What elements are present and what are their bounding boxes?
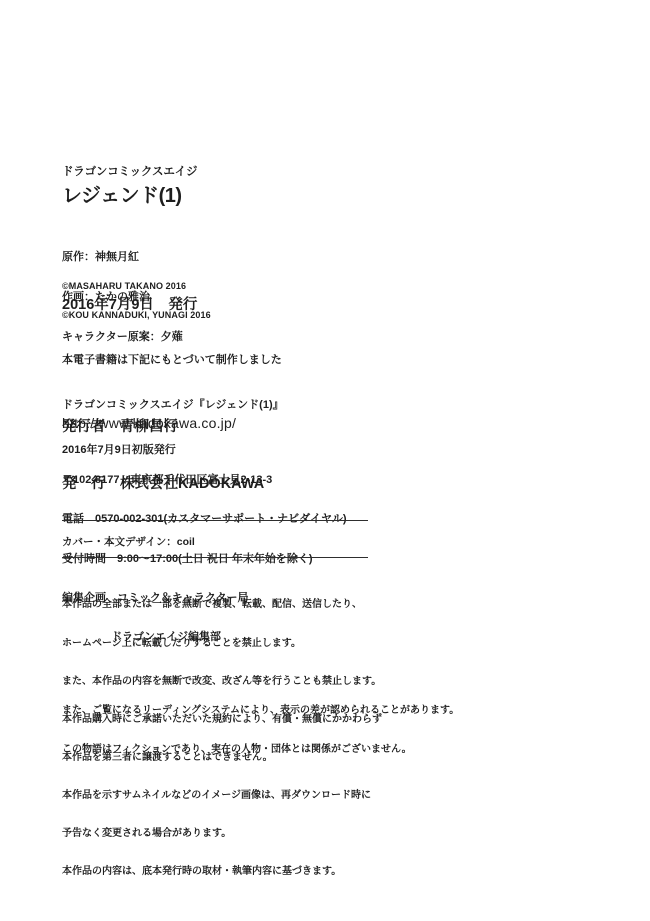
colophon-page: ドラゴンコミックスエイジ レジェンド(1) 原作：神無月紅 作画：たかの雅治 キ… bbox=[0, 0, 650, 921]
series-label: ドラゴンコミックスエイジ bbox=[62, 163, 197, 179]
legal-notice-line: 本作品を示すサムネイルなどのイメージ画像は、再ダウンロード時に bbox=[62, 790, 382, 803]
postal-address: 〒102-8177 東京都千代田区富士見2-13-3 bbox=[62, 474, 347, 487]
legal-notice-line: ホームページ上に転載したりすることを禁止します。 bbox=[62, 638, 382, 651]
design-credit: カバー・本文デザイン：coil bbox=[62, 534, 195, 549]
legal-notice-line: 本作品の内容は、底本発行時の取材・執筆内容に基づきます。 bbox=[62, 866, 382, 879]
disclaimer-line: この物語はフィクションであり、実在の人物・団体とは関係がございません。 bbox=[62, 744, 459, 757]
disclaimer-line: また、ご覧になるリーディングシステムにより、表示の差が認められることがあります。 bbox=[62, 705, 459, 718]
legal-notice-line: 本作品の全部または一部を無断で複製、転載、配信、送信したり、 bbox=[62, 599, 382, 612]
source-note-line: 本電子書籍は下記にもとづいて制作しました bbox=[62, 353, 284, 368]
business-hours: 受付時間 9:00～17:00(土日 祝日 年末年始を除く) bbox=[62, 553, 347, 566]
publisher-url: http://www.kadokawa.co.jp/ bbox=[62, 415, 236, 431]
issue-date: 2016年7月9日 発行 bbox=[62, 293, 197, 314]
disclaimer-block: また、ご覧になるリーディングシステムにより、表示の差が認められることがあります。… bbox=[62, 680, 459, 782]
divider-rule-bottom bbox=[62, 557, 368, 558]
legal-notice-line: 予告なく変更される場合があります。 bbox=[62, 828, 382, 841]
book-title: レジェンド(1) bbox=[62, 179, 182, 208]
copyright-line: ©MASAHARU TAKANO 2016 bbox=[62, 282, 211, 292]
divider-rule-top bbox=[62, 520, 368, 521]
